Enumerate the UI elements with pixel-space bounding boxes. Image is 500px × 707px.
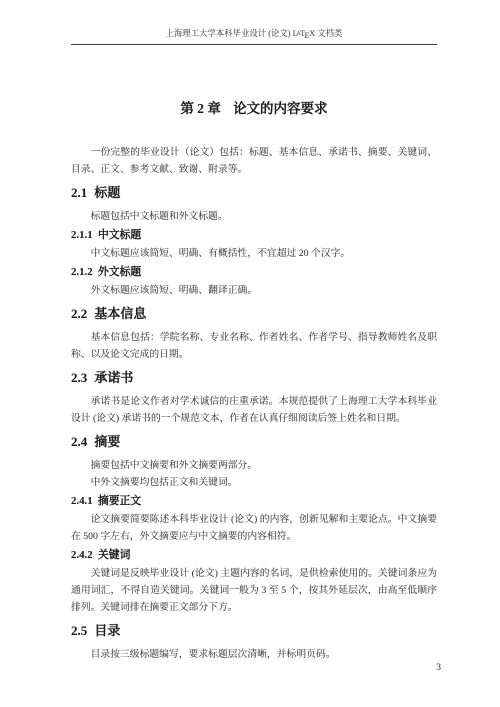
subsection-heading: 2.1.1中文标题 [71, 228, 437, 242]
subsection-title: 摘要正文 [98, 495, 141, 507]
section-title: 基本信息 [94, 306, 146, 321]
section-heading: 2.2基本信息 [71, 306, 437, 322]
intro-paragraph: 一份完整的毕业设计（论文）包括：标题、基本信息、承诺书、摘要、关键词、目录、正文… [71, 144, 437, 178]
subsection-title: 关键词 [98, 549, 130, 561]
chapter-label: 第 2 章 [180, 101, 221, 116]
subsection-number: 2.4.1 [71, 495, 93, 507]
latex-logo: LATEX [293, 29, 315, 38]
running-header-suffix: 文档类 [315, 29, 342, 38]
running-header-prefix: 上海理工大学本科毕业设计 (论文) [166, 29, 293, 38]
paragraph: 目录按三级标题编写，要求标题层次清晰，并标明页码。 [71, 646, 437, 663]
subsection-number: 2.1.1 [71, 229, 93, 241]
running-header: 上海理工大学本科毕业设计 (论文) LATEX 文档类 [71, 28, 437, 45]
paragraph: 承诺书是论文作者对学术诚信的庄重承诺。本规范提供了上海理工大学本科毕业设计 (论… [71, 393, 437, 427]
section-number: 2.2 [71, 306, 87, 321]
page-content: 上海理工大学本科毕业设计 (论文) LATEX 文档类 第 2 章论文的内容要求… [0, 0, 500, 663]
paragraph: 论文摘要简要陈述本科毕业设计 (论文) 的内容，创新见解和主要论点。中文摘要在 … [71, 511, 437, 545]
paragraph: 基本信息包括：学院名称、专业名称、作者姓名、作者学号、指导教师姓名及职称、以及论… [71, 329, 437, 363]
section-heading: 2.5目录 [71, 623, 437, 639]
section-number: 2.5 [71, 623, 87, 638]
section-title: 承诺书 [94, 370, 133, 385]
chapter-title: 第 2 章论文的内容要求 [71, 98, 437, 120]
document-body: 2.1标题标题包括中文标题和外文标题。2.1.1中文标题中文标题应该简短、明确、… [71, 185, 437, 663]
section-number: 2.1 [71, 185, 87, 200]
page-number: 3 [436, 663, 441, 674]
section-heading: 2.1标题 [71, 185, 437, 201]
subsection-heading: 2.4.1摘要正文 [71, 494, 437, 508]
section-number: 2.4 [71, 434, 87, 449]
section-title: 标题 [94, 185, 120, 200]
section-heading: 2.4摘要 [71, 434, 437, 450]
section-heading: 2.3承诺书 [71, 370, 437, 386]
subsection-heading: 2.4.2关键词 [71, 548, 437, 562]
chapter-name: 论文的内容要求 [233, 101, 328, 116]
section-title: 摘要 [94, 434, 120, 449]
subsection-title: 外文标题 [98, 266, 141, 278]
section-number: 2.3 [71, 370, 87, 385]
paragraph: 外文标题应该简短、明确、翻译正确。 [71, 282, 437, 299]
subsection-number: 2.1.2 [71, 266, 93, 278]
subsection-number: 2.4.2 [71, 549, 93, 561]
paragraph: 中文标题应该简短、明确、有概括性，不宜超过 20 个汉字。 [71, 245, 437, 262]
paragraph: 中外文摘要均包括正文和关键词。 [71, 474, 437, 491]
document-page: 上海理工大学本科毕业设计 (论文) LATEX 文档类 第 2 章论文的内容要求… [0, 0, 500, 707]
subsection-heading: 2.1.2外文标题 [71, 265, 437, 279]
section-title: 目录 [94, 623, 120, 638]
paragraph: 摘要包括中文摘要和外文摘要两部分。 [71, 457, 437, 474]
subsection-title: 中文标题 [98, 229, 141, 241]
paragraph: 标题包括中文标题和外文标题。 [71, 208, 437, 225]
paragraph: 关键词是反映毕业设计 (论文) 主题内容的名词，是供检索使用的。关键词条应为通用… [71, 565, 437, 616]
